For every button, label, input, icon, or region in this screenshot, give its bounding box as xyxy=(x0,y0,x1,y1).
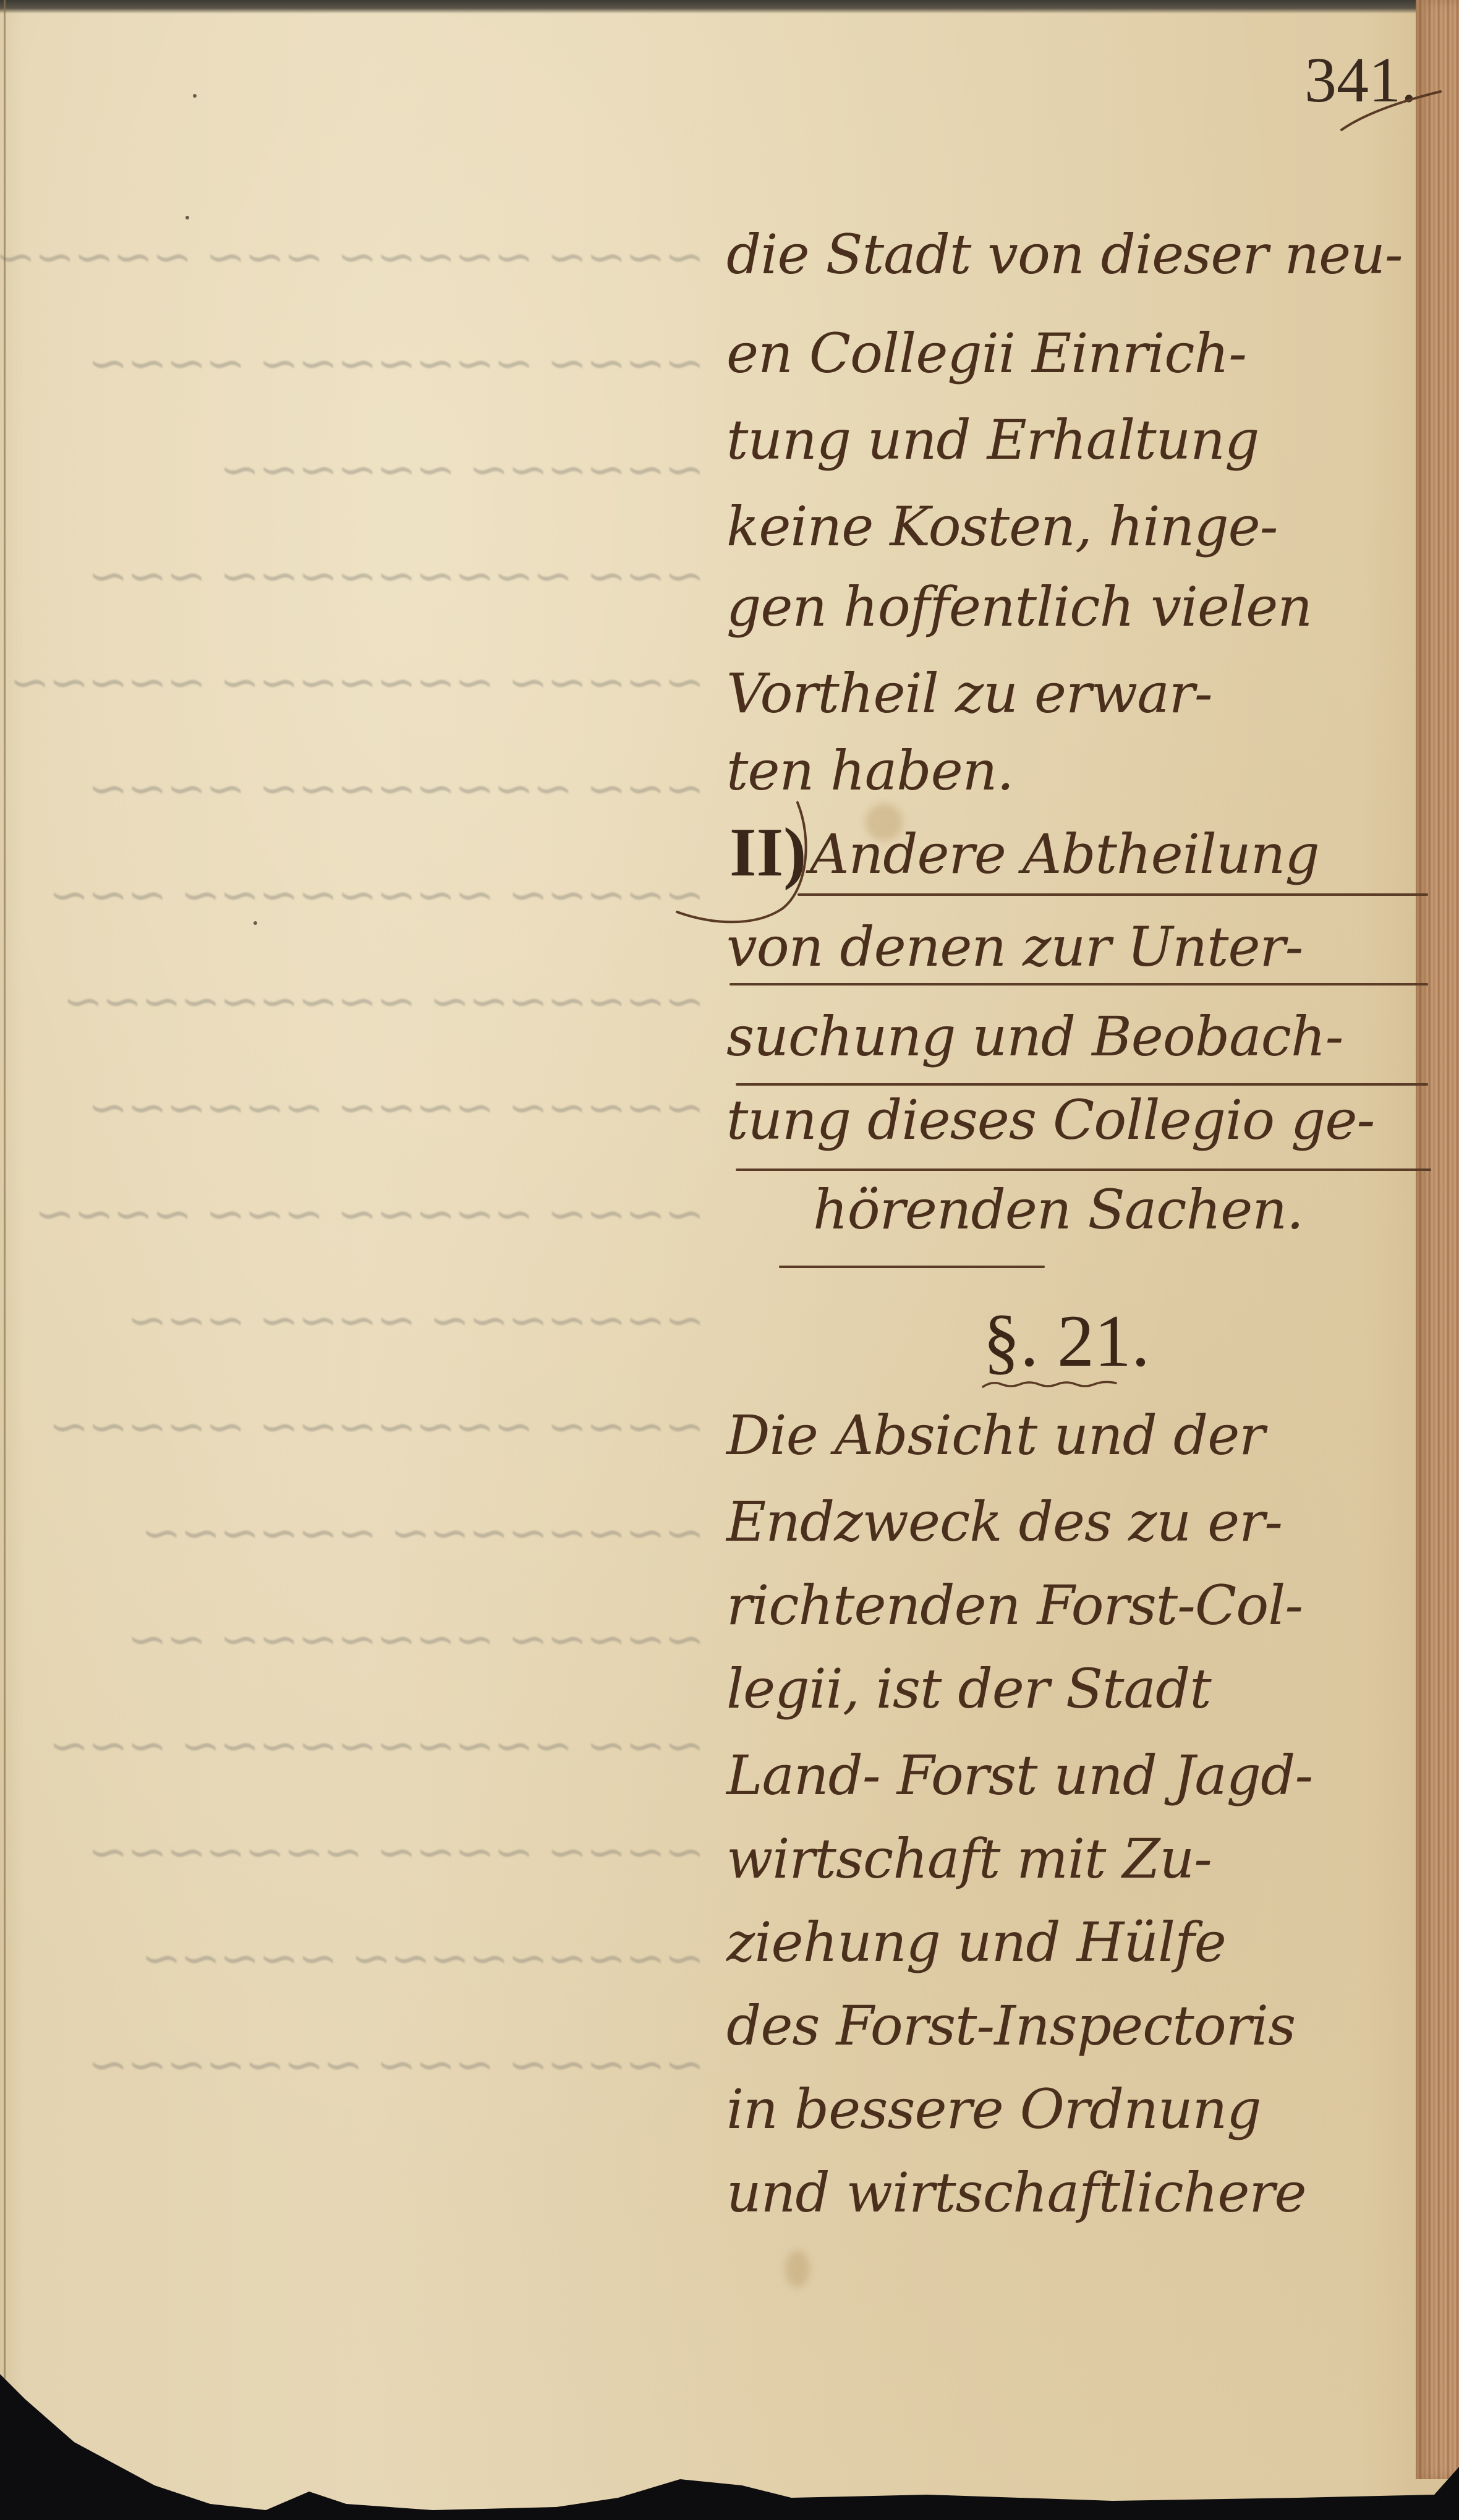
text-line: Die Absicht und der xyxy=(726,1403,1264,1467)
text-line: richtenden Forst-Col- xyxy=(726,1573,1303,1637)
text-line: Vortheil zu erwar- xyxy=(726,662,1212,725)
text-line: und wirtschaftlichere xyxy=(726,2161,1306,2224)
heading-bracket xyxy=(674,798,816,934)
paper-speck xyxy=(193,94,197,98)
heading-line: Andere Abtheilung xyxy=(810,822,1319,886)
text-line: wirtschaft mit Zu- xyxy=(726,1827,1212,1891)
text-line: tung und Erhaltung xyxy=(726,408,1259,472)
heading-underline xyxy=(736,1168,1431,1171)
book-block-edge xyxy=(1416,0,1459,2479)
manuscript-page: ~~~~ ~~~~~ ~~~ ~~~~~ ~~~~ ~~~~~~~ ~~~~ ~… xyxy=(0,0,1459,2520)
section-mark: §. 21. xyxy=(983,1298,1150,1384)
text-line: die Stadt von dieser neu- xyxy=(726,223,1403,286)
text-line: Land- Forst und Jagd- xyxy=(726,1743,1312,1807)
page-number-underline xyxy=(1335,87,1447,136)
section-wavy-underline xyxy=(980,1376,1122,1394)
text-line: des Forst-Inspectoris xyxy=(726,1994,1295,2058)
heading-underline xyxy=(798,893,1428,896)
text-line: gen hoffentlich vielen xyxy=(726,575,1312,639)
text-line: en Collegii Einrich- xyxy=(726,321,1246,385)
bleed-through-text: ~~~~ ~~~~~ ~~~ ~~~~~ ~~~~ ~~~~~~~ ~~~~ ~… xyxy=(87,204,705,2182)
heading-underline xyxy=(736,1083,1428,1086)
heading-underline xyxy=(729,983,1428,985)
page-left-edge xyxy=(4,0,6,2411)
text-line: legii, ist der Stadt xyxy=(726,1657,1211,1721)
heading-line: tung dieses Collegio ge- xyxy=(726,1088,1374,1152)
heading-line: suchung und Beobach- xyxy=(726,1005,1343,1068)
text-line: ziehung und Hülfe xyxy=(726,1910,1226,1974)
heading-underline xyxy=(779,1266,1045,1268)
heading-line: hörenden Sachen. xyxy=(813,1178,1303,1241)
text-line: in bessere Ordnung xyxy=(726,2077,1261,2141)
text-line: Endzweck des zu er- xyxy=(726,1490,1282,1554)
text-line: ten haben. xyxy=(726,739,1013,802)
page-top-edge xyxy=(0,0,1459,14)
ink-stain xyxy=(785,2250,810,2288)
text-line: keine Kosten, hinge- xyxy=(726,495,1278,558)
